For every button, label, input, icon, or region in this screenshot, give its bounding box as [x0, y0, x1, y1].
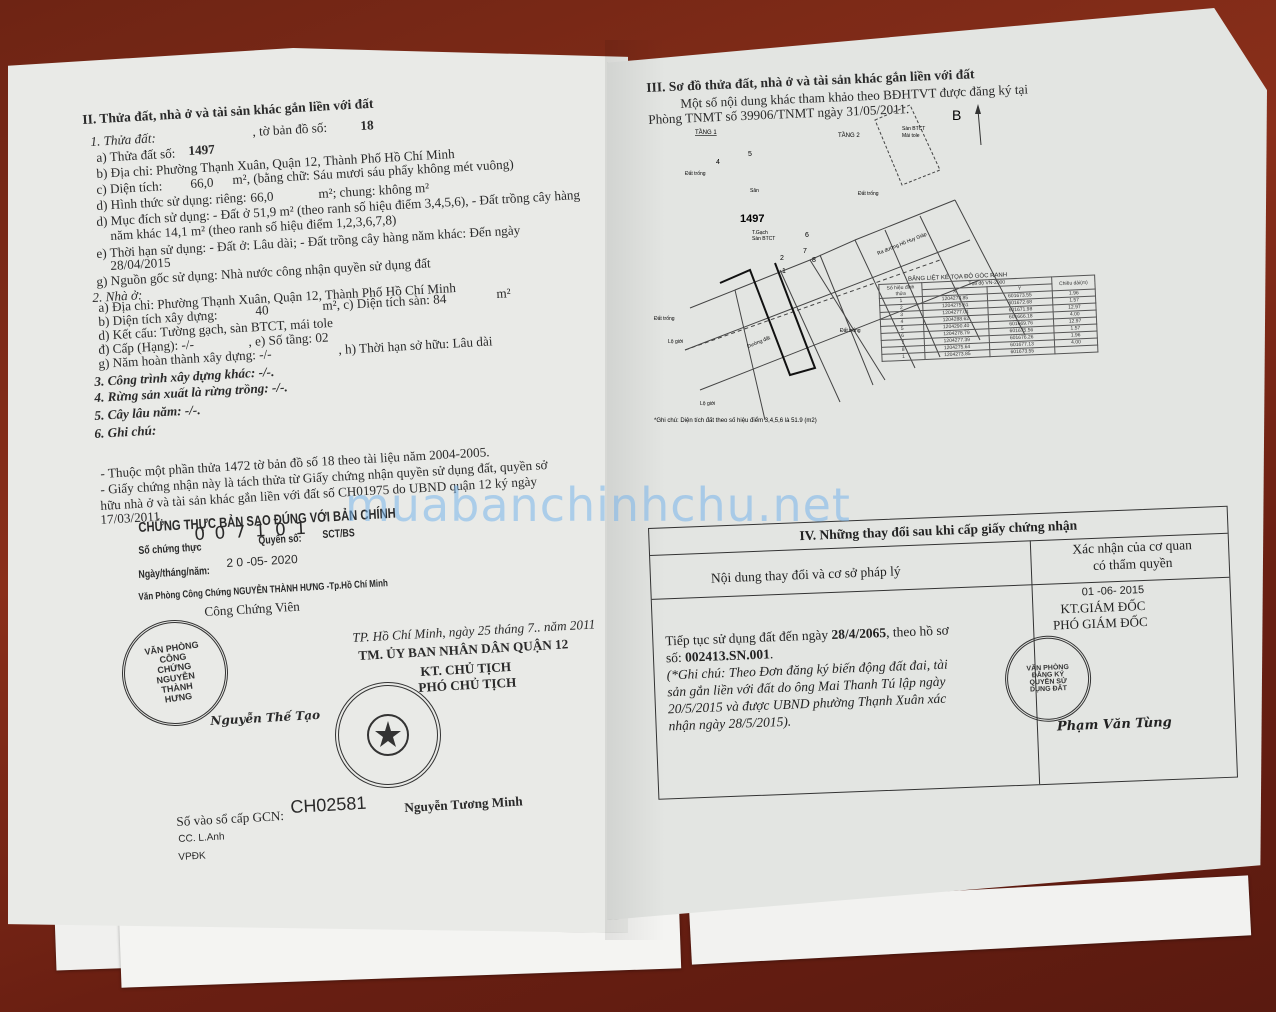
map-sheet-number: 18 [360, 117, 374, 133]
built-area-value: 40 [255, 302, 269, 318]
north-arrow-icon [978, 110, 981, 145]
point-7: 7 [803, 248, 807, 255]
lot-edge-label-1: Lộ giới [668, 339, 683, 345]
confirm-signer: Phạm Văn Tùng [1057, 715, 1172, 734]
diagram-parcel-number: 1497 [740, 213, 764, 225]
star-emblem-icon [364, 711, 412, 759]
floor-area-unit: m² [496, 285, 511, 301]
parcel-diagram: TẦNG 1 TẦNG 2 Sàn BTCT Mái tole 1497 T.G… [640, 100, 1110, 430]
road-label: Đường đất [747, 335, 772, 350]
coordinate-table: Số hiệu đỉnh thửaTọa độ VN-2000Chiều dài… [878, 275, 1098, 362]
change-entry: Tiếp tục sử dụng đất đến ngày 28/4/2065,… [665, 622, 952, 735]
confirm-role-2: PHÓ GIÁM ĐỐC [1053, 614, 1148, 634]
road-edge-label: Ra đường Hồ Huy Giáp [877, 231, 928, 256]
usage-private-area: 66,0 [250, 189, 274, 206]
north-label: B [952, 107, 961, 123]
national-emblem-stamp [335, 682, 441, 788]
floor-1-label: TẦNG 1 [695, 129, 717, 136]
registry-number: CH02581 [290, 796, 367, 816]
empty-land-label-3: Đất trống [654, 316, 675, 322]
point-2: 2 [780, 255, 784, 262]
parcel-number: 1497 [188, 142, 215, 159]
point-4: 4 [716, 159, 720, 166]
watermark: muabanchinhchu.net [345, 478, 851, 532]
area-value: 66,0 [190, 175, 214, 192]
changes-table: IV. Những thay đổi sau khi cấp giấy chứn… [648, 506, 1238, 800]
floor-2-label: TẦNG 2 [838, 132, 860, 139]
changes-col-content: Nội dung thay đổi và cơ sở pháp lý [711, 563, 901, 586]
point-6: 6 [805, 232, 809, 239]
floor-2-note-1: Sàn BTCT [902, 126, 925, 132]
diagram-structure-2: Sàn BTCT [752, 236, 775, 242]
empty-land-label-2: Đất trống [858, 191, 879, 197]
confirm-date: 01 -06- 2015 [1082, 584, 1145, 598]
point-8: 8 [812, 257, 816, 264]
point-5: 5 [748, 151, 752, 158]
diagram-yard-label: Sân [750, 188, 759, 194]
changes-col-confirm: Xác nhận của cơ quancó thẩm quyền [1042, 535, 1223, 576]
point-1: 1 [782, 268, 786, 275]
lot-edge-label-2: Lộ giới [700, 401, 715, 407]
registry-office-stamp: VĂN PHÒNG ĐĂNG KÝ QUYỀN SỬ DỤNG ĐẤT [1003, 634, 1092, 723]
diagram-note: *Ghi chú: Diện tích đất theo số hiệu điể… [654, 417, 817, 424]
empty-land-label-4: Đất trống [840, 328, 861, 334]
book-label: Quyển số: [258, 532, 302, 550]
empty-land-label-1: Đất trống [685, 171, 706, 177]
footer-clerk: CC. L.Anh [178, 829, 225, 847]
section-2-title: II. Thửa đất, nhà ở và tài sản khác gắn … [82, 112, 373, 128]
coordinate-table-block: BẢNG LIỆT KÊ TỌA ĐỘ GÓC RANH Số hiệu đỉn… [878, 269, 1098, 362]
footer-office: VPĐK [178, 848, 206, 865]
floor-2-note-2: Mái tole [902, 133, 920, 139]
